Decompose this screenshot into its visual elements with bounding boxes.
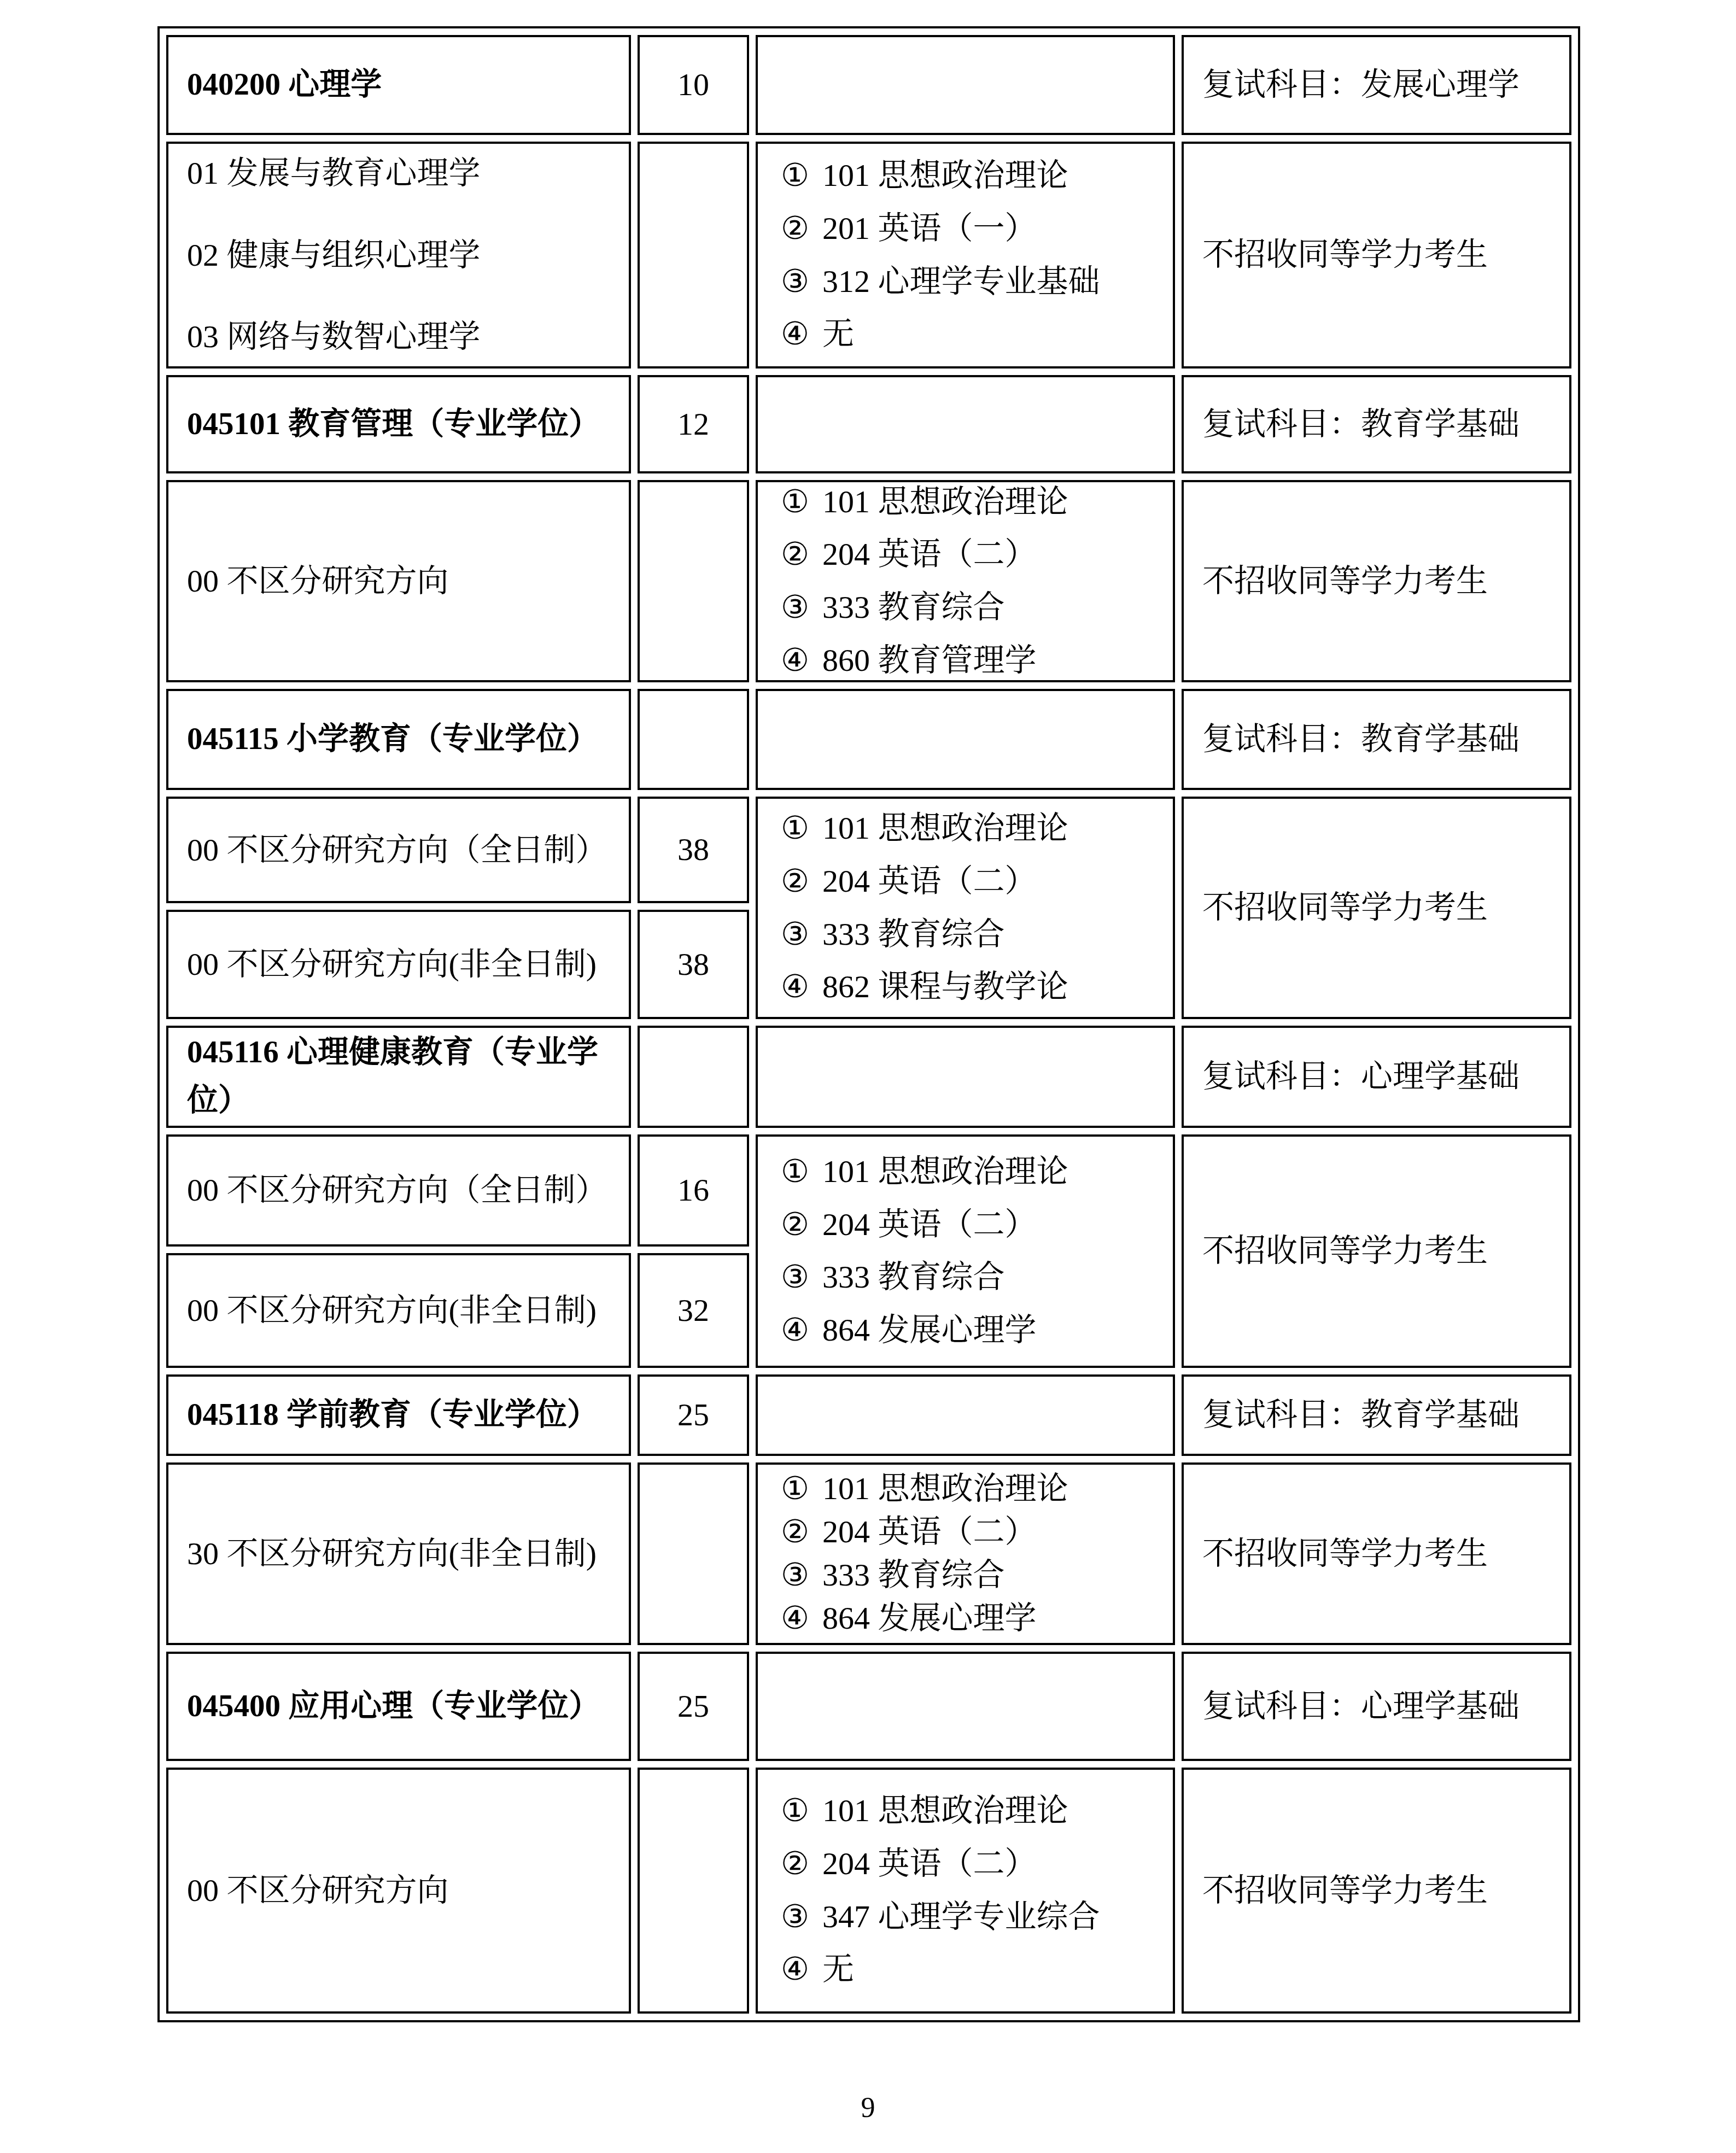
table-row-directions: 00 不区分研究方向 ①101 思想政治理论 ②204 英语（二） ③347 心… <box>166 1768 1571 2014</box>
exam-subject: ②204 英语（二） <box>781 536 1167 573</box>
exam-marker: ④ <box>781 1951 809 1988</box>
exam-subject: ②204 英语（二） <box>781 1516 1167 1549</box>
exam-marker: ② <box>781 1207 809 1243</box>
table-row-program: 045116 心理健康教育（专业学位） 复试科目：心理学基础 <box>166 1026 1571 1128</box>
exam-label: 204 英语（二） <box>822 1516 1037 1549</box>
exam-subject: ①101 思想政治理论 <box>781 484 1167 520</box>
exam-label: 333 教育综合 <box>822 1259 1005 1296</box>
exam-label: 333 教育综合 <box>822 1559 1005 1592</box>
exam-marker: ② <box>781 1846 809 1882</box>
cell-program-name: 045118 学前教育（专业学位） <box>166 1374 631 1456</box>
exam-subject: ③333 教育综合 <box>781 916 1167 953</box>
cell-quota: 32 <box>638 1253 749 1368</box>
cell-quota: 38 <box>638 797 749 903</box>
cell-program-name: 045101 教育管理（专业学位） <box>166 375 631 473</box>
cell-exam-subjects-empty <box>756 1026 1175 1128</box>
cell-quota <box>638 1026 749 1128</box>
cell-remark: 不招收同等学力考生 <box>1182 480 1571 682</box>
exam-subject: ④860 教育管理学 <box>781 642 1167 679</box>
cell-program-name: 045116 心理健康教育（专业学位） <box>166 1026 631 1128</box>
cell-remark: 不招收同等学力考生 <box>1182 797 1571 1019</box>
cell-remark: 复试科目：发展心理学 <box>1182 35 1571 135</box>
cell-quota: 25 <box>638 1652 749 1761</box>
cell-program-name: 040200 心理学 <box>166 35 631 135</box>
exam-subject: ④864 发展心理学 <box>781 1312 1167 1349</box>
cell-directions: 00 不区分研究方向 <box>166 1768 631 2014</box>
cell-remark: 复试科目：教育学基础 <box>1182 689 1571 790</box>
exam-marker: ④ <box>781 969 809 1005</box>
cell-quota <box>638 1768 749 2014</box>
exam-marker: ① <box>781 1154 809 1190</box>
table-row-directions: 00 不区分研究方向 ①101 思想政治理论 ②204 英语（二） ③333 教… <box>166 480 1571 682</box>
exam-subject: ①101 思想政治理论 <box>781 1154 1167 1190</box>
cell-program-name: 045115 小学教育（专业学位） <box>166 689 631 790</box>
cell-directions: 00 不区分研究方向 <box>166 480 631 682</box>
direction-line: 01 发展与教育心理学 <box>187 154 622 192</box>
cell-remark: 不招收同等学力考生 <box>1182 1134 1571 1368</box>
exam-marker: ④ <box>781 1602 809 1635</box>
exam-label: 101 思想政治理论 <box>822 1154 1068 1190</box>
cell-remark: 不招收同等学力考生 <box>1182 142 1571 368</box>
exam-marker: ④ <box>781 1312 809 1349</box>
table-row-directions: 00 不区分研究方向（全日制） 38 ①101 思想政治理论 ②204 英语（二… <box>166 797 1571 903</box>
exam-subject: ③333 教育综合 <box>781 1559 1167 1592</box>
cell-directions: 00 不区分研究方向（全日制） <box>166 1134 631 1247</box>
cell-exam-subjects: ①101 思想政治理论 ②204 英语（二） ③333 教育综合 ④860 教育… <box>756 480 1175 682</box>
exam-marker: ④ <box>781 642 809 679</box>
cell-exam-subjects-empty <box>756 35 1175 135</box>
exam-label: 无 <box>822 1951 854 1988</box>
exam-label: 101 思想政治理论 <box>822 1793 1068 1829</box>
exam-subject: ①101 思想政治理论 <box>781 1793 1167 1829</box>
exam-marker: ④ <box>781 316 809 353</box>
cell-exam-subjects: ①101 思想政治理论 ②204 英语（二） ③333 教育综合 ④862 课程… <box>756 797 1175 1019</box>
cell-remark: 不招收同等学力考生 <box>1182 1768 1571 2014</box>
exam-label: 101 思想政治理论 <box>822 810 1068 847</box>
cell-quota <box>638 142 749 368</box>
page-number: 9 <box>0 2090 1736 2127</box>
table-row-directions: 01 发展与教育心理学 02 健康与组织心理学 03 网络与数智心理学 ①101… <box>166 142 1571 368</box>
table-row-directions: 30 不区分研究方向(非全日制) ①101 思想政治理论 ②204 英语（二） … <box>166 1462 1571 1645</box>
admissions-table: 040200 心理学 10 复试科目：发展心理学 01 发展与教育心理学 02 … <box>157 26 1580 2022</box>
exam-marker: ③ <box>781 916 809 953</box>
exam-subject: ④862 课程与教学论 <box>781 969 1167 1005</box>
cell-remark: 复试科目：教育学基础 <box>1182 375 1571 473</box>
cell-quota <box>638 480 749 682</box>
exam-label: 204 英语（二） <box>822 1207 1037 1243</box>
exam-label: 333 教育综合 <box>822 916 1005 953</box>
exam-label: 101 思想政治理论 <box>822 484 1068 520</box>
cell-quota: 25 <box>638 1374 749 1456</box>
exam-subject: ①101 思想政治理论 <box>781 1472 1167 1506</box>
cell-directions: 01 发展与教育心理学 02 健康与组织心理学 03 网络与数智心理学 <box>166 142 631 368</box>
exam-marker: ③ <box>781 1559 809 1592</box>
exam-marker: ② <box>781 536 809 573</box>
exam-marker: ① <box>781 157 809 194</box>
exam-label: 204 英语（二） <box>822 1846 1037 1882</box>
exam-label: 101 思想政治理论 <box>822 1472 1068 1506</box>
exam-subject: ②201 英语（一） <box>781 210 1167 247</box>
direction-line: 00 不区分研究方向（全日制） <box>187 1171 622 1209</box>
exam-subject: ②204 英语（二） <box>781 863 1167 900</box>
cell-remark: 复试科目：教育学基础 <box>1182 1374 1571 1456</box>
cell-quota: 12 <box>638 375 749 473</box>
cell-remark: 复试科目：心理学基础 <box>1182 1652 1571 1761</box>
cell-directions: 00 不区分研究方向(非全日制) <box>166 1253 631 1368</box>
exam-subject: ①101 思想政治理论 <box>781 157 1167 194</box>
exam-marker: ③ <box>781 1259 809 1296</box>
exam-subject: ③312 心理学专业基础 <box>781 264 1167 300</box>
direction-line: 00 不区分研究方向（全日制） <box>187 831 622 869</box>
direction-line: 03 网络与数智心理学 <box>187 318 622 356</box>
cell-remark: 不招收同等学力考生 <box>1182 1462 1571 1645</box>
exam-subject: ③333 教育综合 <box>781 1259 1167 1296</box>
cell-directions: 00 不区分研究方向(非全日制) <box>166 910 631 1019</box>
cell-exam-subjects: ①101 思想政治理论 ②204 英语（二） ③347 心理学专业综合 ④无 <box>756 1768 1175 2014</box>
exam-label: 333 教育综合 <box>822 589 1005 626</box>
exam-subject: ④无 <box>781 316 1167 353</box>
cell-directions: 00 不区分研究方向（全日制） <box>166 797 631 903</box>
exam-subject: ③333 教育综合 <box>781 589 1167 626</box>
cell-exam-subjects: ①101 思想政治理论 ②201 英语（一） ③312 心理学专业基础 ④无 <box>756 142 1175 368</box>
exam-label: 312 心理学专业基础 <box>822 264 1100 300</box>
exam-subject: ④无 <box>781 1951 1167 1988</box>
direction-line: 00 不区分研究方向 <box>187 1871 622 1910</box>
table-row-directions: 00 不区分研究方向（全日制） 16 ①101 思想政治理论 ②204 英语（二… <box>166 1134 1571 1247</box>
exam-label: 864 发展心理学 <box>822 1312 1037 1349</box>
cell-exam-subjects-empty <box>756 689 1175 790</box>
exam-marker: ② <box>781 210 809 247</box>
exam-subject: ④864 发展心理学 <box>781 1602 1167 1635</box>
exam-marker: ① <box>781 1472 809 1506</box>
table-row-program: 045118 学前教育（专业学位） 25 复试科目：教育学基础 <box>166 1374 1571 1456</box>
exam-label: 无 <box>822 316 854 353</box>
cell-exam-subjects-empty <box>756 1374 1175 1456</box>
exam-marker: ② <box>781 1516 809 1549</box>
exam-subject: ③347 心理学专业综合 <box>781 1899 1167 1935</box>
direction-line: 00 不区分研究方向(非全日制) <box>187 1291 622 1330</box>
exam-marker: ③ <box>781 264 809 300</box>
cell-remark: 复试科目：心理学基础 <box>1182 1026 1571 1128</box>
exam-label: 347 心理学专业综合 <box>822 1899 1100 1935</box>
cell-quota: 38 <box>638 910 749 1019</box>
exam-label: 204 英语（二） <box>822 536 1037 573</box>
direction-line: 00 不区分研究方向(非全日制) <box>187 945 622 984</box>
exam-label: 864 发展心理学 <box>822 1602 1037 1635</box>
table-row-program: 045101 教育管理（专业学位） 12 复试科目：教育学基础 <box>166 375 1571 473</box>
exam-label: 862 课程与教学论 <box>822 969 1068 1005</box>
cell-quota: 10 <box>638 35 749 135</box>
cell-quota <box>638 689 749 790</box>
table-row-program: 045115 小学教育（专业学位） 复试科目：教育学基础 <box>166 689 1571 790</box>
exam-label: 101 思想政治理论 <box>822 157 1068 194</box>
exam-subject: ①101 思想政治理论 <box>781 810 1167 847</box>
cell-exam-subjects: ①101 思想政治理论 ②204 英语（二） ③333 教育综合 ④864 发展… <box>756 1134 1175 1368</box>
exam-subject: ②204 英语（二） <box>781 1207 1167 1243</box>
cell-exam-subjects-empty <box>756 1652 1175 1761</box>
exam-label: 860 教育管理学 <box>822 642 1037 679</box>
cell-quota <box>638 1462 749 1645</box>
exam-marker: ① <box>781 810 809 847</box>
cell-directions: 30 不区分研究方向(非全日制) <box>166 1462 631 1645</box>
exam-subject: ②204 英语（二） <box>781 1846 1167 1882</box>
table-row-program: 040200 心理学 10 复试科目：发展心理学 <box>166 35 1571 135</box>
table-row-program: 045400 应用心理（专业学位） 25 复试科目：心理学基础 <box>166 1652 1571 1761</box>
exam-marker: ① <box>781 484 809 520</box>
exam-marker: ① <box>781 1793 809 1829</box>
direction-line: 30 不区分研究方向(非全日制) <box>187 1535 622 1573</box>
exam-marker: ③ <box>781 1899 809 1935</box>
direction-line: 00 不区分研究方向 <box>187 562 622 600</box>
direction-line: 02 健康与组织心理学 <box>187 236 622 274</box>
cell-quota: 16 <box>638 1134 749 1247</box>
exam-marker: ② <box>781 863 809 900</box>
exam-marker: ③ <box>781 589 809 626</box>
cell-exam-subjects: ①101 思想政治理论 ②204 英语（二） ③333 教育综合 ④864 发展… <box>756 1462 1175 1645</box>
exam-label: 204 英语（二） <box>822 863 1037 900</box>
cell-program-name: 045400 应用心理（专业学位） <box>166 1652 631 1761</box>
cell-exam-subjects-empty <box>756 375 1175 473</box>
exam-label: 201 英语（一） <box>822 210 1037 247</box>
